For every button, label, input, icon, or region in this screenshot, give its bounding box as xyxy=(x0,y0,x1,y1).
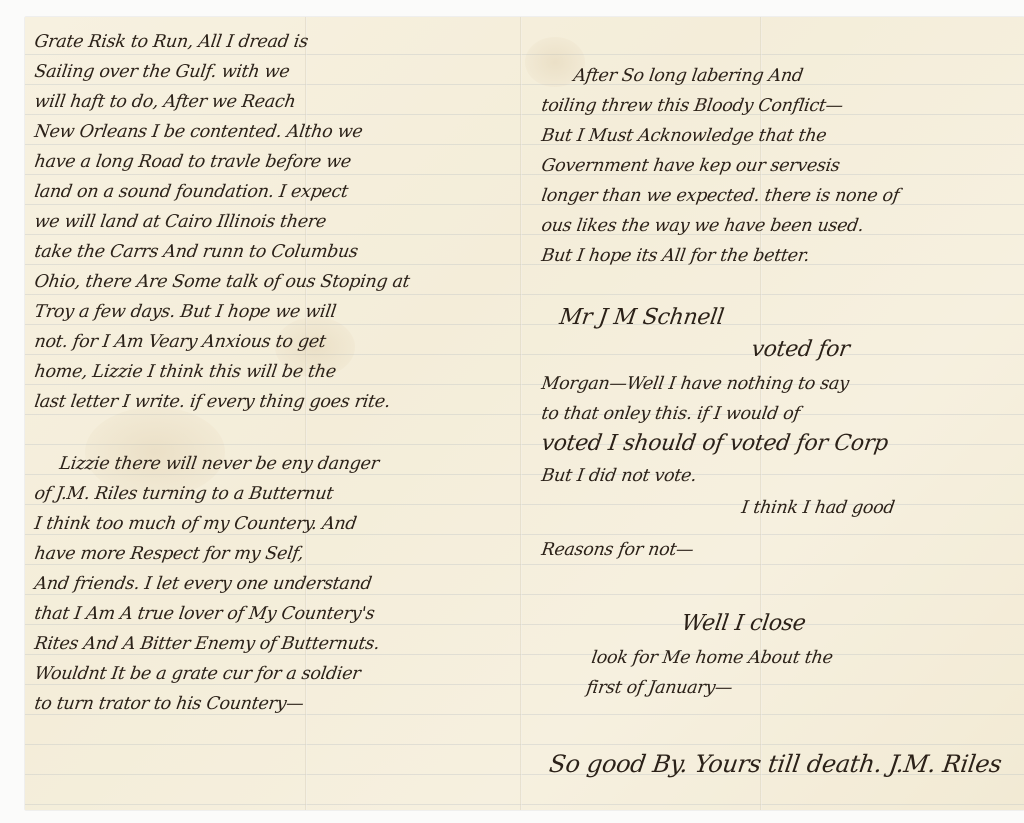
letter-line: But I hope its All for the better. xyxy=(540,245,811,267)
letter-line: to turn trator to his Countery— xyxy=(33,693,305,715)
letter-line: But I did not vote. xyxy=(540,465,698,487)
letter-line: I think I had good xyxy=(740,497,896,519)
letter-line: And friends. I let every one understand xyxy=(33,573,373,595)
letter-line: voted I should of voted for Corp xyxy=(540,433,889,455)
letter-line: Grate Risk to Run, All I dread is xyxy=(33,31,309,53)
letter-line: Rites And A Bitter Enemy of Butternuts. xyxy=(33,633,381,655)
letter-line: have a long Road to travle before we xyxy=(33,151,352,173)
letter-line: land on a sound foundation. I expect xyxy=(33,181,349,203)
letter-line: take the Carrs And runn to Columbus xyxy=(33,241,359,263)
letter-line: Sailing over the Gulf. with we xyxy=(33,61,291,83)
letter-line: not. for I Am Veary Anxious to get xyxy=(33,331,327,353)
letter-line: home, Lizzie I think this will be the xyxy=(33,361,337,383)
letter-line: last letter I write. if every thing goes… xyxy=(33,391,392,413)
closing-signature: So good By. Yours till death. J.M. Riles xyxy=(548,753,1003,775)
letter-line: Well I close xyxy=(680,613,807,635)
paper-fold-line xyxy=(520,17,522,810)
letter-line: Wouldnt It be a grate cur for a soldier xyxy=(33,663,362,685)
letter-line: Lizzie there will never be eny danger xyxy=(58,453,380,475)
letter-line: will haft to do, After we Reach xyxy=(33,91,297,113)
letter-line: longer than we expected. there is none o… xyxy=(540,185,901,207)
letter-line: of J.M. Riles turning to a Butternut xyxy=(33,483,335,505)
letter-line: to that onley this. if I would of xyxy=(540,403,801,425)
letter-line: we will land at Cairo Illinois there xyxy=(33,211,328,233)
letter-line: voted for xyxy=(750,339,851,361)
letter-line: ous likes the way we have been used. xyxy=(540,215,865,237)
letter-line: I think too much of my Countery. And xyxy=(33,513,358,535)
letter-line: Ohio, there Are Some talk of ous Stoping… xyxy=(33,271,411,293)
letter-line: look for Me home About the xyxy=(590,647,834,669)
letter-line: Mr J M Schnell xyxy=(558,307,725,329)
letter-line: New Orleans I be contented. Altho we xyxy=(33,121,364,143)
letter-line: toiling threw this Bloody Conflict— xyxy=(540,95,844,117)
letter-line: Morgan—Well I have nothing to say xyxy=(540,373,850,395)
letter-line: Troy a few days. But I hope we will xyxy=(33,301,337,323)
letter-line: first of January— xyxy=(585,677,734,699)
letter-line: Government have kep our servesis xyxy=(540,155,841,177)
letter-line: have more Respect for my Self, xyxy=(33,543,305,565)
letter-line: After So long labering And xyxy=(572,65,804,87)
letter-line: Reasons for not— xyxy=(540,539,695,561)
letter-line: But I Must Acknowledge that the xyxy=(540,125,828,147)
letter-paper: Grate Risk to Run, All I dread is Sailin… xyxy=(25,17,1024,810)
letter-line: that I Am A true lover of My Countery's xyxy=(33,603,376,625)
